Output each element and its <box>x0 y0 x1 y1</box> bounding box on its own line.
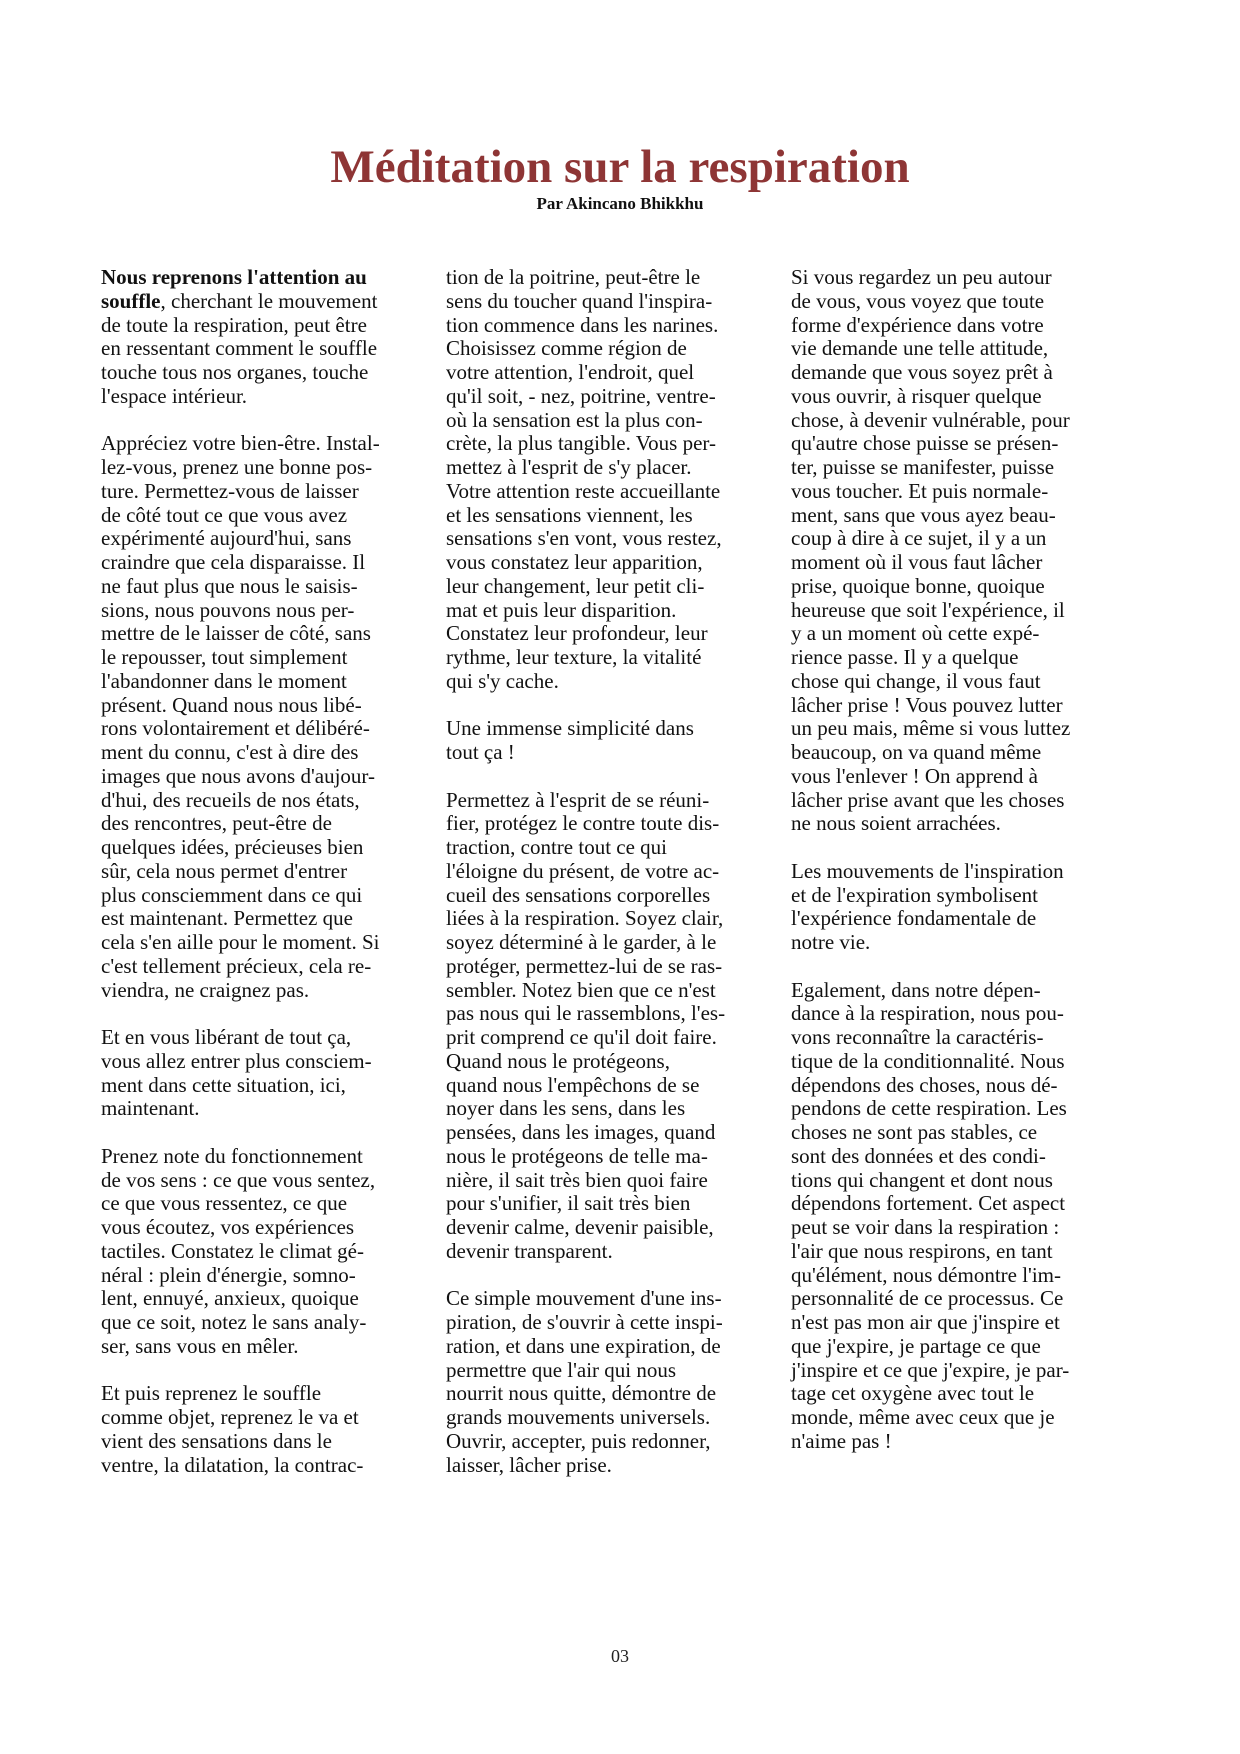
text-line: sions, nous pouvons nous per- <box>101 599 413 623</box>
line-text: nière, il sait très bien quoi faire <box>446 1168 708 1192</box>
line-text: vous écoutez, vos expériences <box>101 1215 354 1239</box>
text-line: Appréciez votre bien-être. Instal- <box>101 432 413 456</box>
line-text: et de l'expiration symbolisent <box>791 883 1038 907</box>
line-text: qu'il soit, - nez, poitrine, ventre- <box>446 384 716 408</box>
line-text: sont des données et des condi- <box>791 1144 1046 1168</box>
bold-lead-text: Nous reprenons l'attention au <box>101 265 367 289</box>
text-line: sens du toucher quand l'inspira- <box>446 290 758 314</box>
line-text: de vous, vous voyez que toute <box>791 289 1044 313</box>
text-line: qu'il soit, - nez, poitrine, ventre- <box>446 385 758 409</box>
text-line: néral : plein d'énergie, somno- <box>101 1264 413 1288</box>
line-text: l'abandonner dans le moment <box>101 669 347 693</box>
text-line: traction, contre tout ce qui <box>446 836 758 860</box>
text-line: Nous reprenons l'attention au <box>101 266 413 290</box>
text-line: souffle, cherchant le mouvement <box>101 290 413 314</box>
line-text: sûr, cela nous permet d'entrer <box>101 859 347 883</box>
text-line: cueil des sensations corporelles <box>446 884 758 908</box>
line-text: tion de la poitrine, peut-être le <box>446 265 700 289</box>
line-text: lâcher prise avant que les choses <box>791 788 1064 812</box>
text-line: Et puis reprenez le souffle <box>101 1382 413 1406</box>
text-line: laisser, lâcher prise. <box>446 1454 758 1478</box>
text-line: Et en vous libérant de tout ça, <box>101 1026 413 1050</box>
text-line: dépendons des choses, nous dé- <box>791 1074 1103 1098</box>
line-text: ser, sans vous en mêler. <box>101 1334 298 1358</box>
line-text: piration, de s'ouvrir à cette inspi- <box>446 1310 723 1334</box>
text-line: et de l'expiration symbolisent <box>791 884 1103 908</box>
line-text: ment dans cette situation, ici, <box>101 1073 346 1097</box>
text-line: sensations s'en vont, vous restez, <box>446 527 758 551</box>
line-text: protéger, permettez-lui de se ras- <box>446 954 722 978</box>
text-line: ser, sans vous en mêler. <box>101 1335 413 1359</box>
line-text: mat et puis leur disparition. <box>446 598 676 622</box>
text-line: piration, de s'ouvrir à cette inspi- <box>446 1311 758 1335</box>
line-text: ventre, la dilatation, la contrac- <box>101 1453 363 1477</box>
line-text: des rencontres, peut-être de <box>101 811 332 835</box>
line-text: Une immense simplicité dans <box>446 716 694 740</box>
text-line: lâcher prise avant que les choses <box>791 789 1103 813</box>
paragraph: Egalement, dans notre dépen-dance à la r… <box>791 979 1103 1454</box>
text-line: monde, même avec ceux que je <box>791 1406 1103 1430</box>
line-text: chose, à devenir vulnérable, pour <box>791 408 1070 432</box>
line-text: pensées, dans les images, quand <box>446 1120 715 1144</box>
text-line: devenir transparent. <box>446 1240 758 1264</box>
text-line: que ce soit, notez le sans analy- <box>101 1311 413 1335</box>
text-line: ment dans cette situation, ici, <box>101 1074 413 1098</box>
line-text: vient des sensations dans le <box>101 1429 332 1453</box>
text-line: et les sensations viennent, les <box>446 504 758 528</box>
text-line: tion commence dans les narines. <box>446 314 758 338</box>
text-line: qu'élément, nous démontre l'im- <box>791 1264 1103 1288</box>
text-line: tique de la conditionnalité. Nous <box>791 1050 1103 1074</box>
line-text: vous allez entrer plus consciem- <box>101 1049 372 1073</box>
line-text: votre attention, l'endroit, quel <box>446 360 694 384</box>
line-text: demande que vous soyez prêt à <box>791 360 1053 384</box>
line-text: Votre attention reste accueillante <box>446 479 720 503</box>
line-text: ne faut plus que nous le saisis- <box>101 574 358 598</box>
line-text: vous l'enlever ! On apprend à <box>791 764 1038 788</box>
text-line: comme objet, reprenez le va et <box>101 1406 413 1430</box>
line-text: choses ne sont pas stables, ce <box>791 1120 1037 1144</box>
text-column-1: Nous reprenons l'attention ausouffle, ch… <box>101 266 413 1501</box>
paragraph: Ce simple mouvement d'une ins-piration, … <box>446 1287 758 1477</box>
bold-lead-text: souffle <box>101 289 161 313</box>
text-line: dance à la respiration, nous pou- <box>791 1002 1103 1026</box>
line-text: présent. Quand nous nous libé- <box>101 693 362 717</box>
line-text: ration, et dans une expiration, de <box>446 1334 721 1358</box>
line-text: expérimenté aujourd'hui, sans <box>101 526 351 550</box>
text-line: ce que vous ressentez, ce que <box>101 1192 413 1216</box>
text-line: mettre de le laisser de côté, sans <box>101 622 413 646</box>
line-text: ment du connu, c'est à dire des <box>101 740 358 764</box>
text-line: votre attention, l'endroit, quel <box>446 361 758 385</box>
line-text: soyez déterminé à le garder, à le <box>446 930 716 954</box>
line-text: Ce simple mouvement d'une ins- <box>446 1286 722 1310</box>
text-line: Quand nous le protégeons, <box>446 1050 758 1074</box>
text-line: pensées, dans les images, quand <box>446 1121 758 1145</box>
line-text: de côté tout ce que vous avez <box>101 503 347 527</box>
text-line: devenir calme, devenir paisible, <box>446 1216 758 1240</box>
text-line: est maintenant. Permettez que <box>101 907 413 931</box>
line-text: de toute la respiration, peut être <box>101 313 367 337</box>
line-text: lâcher prise ! Vous pouvez lutter <box>791 693 1063 717</box>
text-line: Ce simple mouvement d'une ins- <box>446 1287 758 1311</box>
text-line: que j'expire, je partage ce que <box>791 1335 1103 1359</box>
line-text: de vos sens : ce que vous sentez, <box>101 1168 375 1192</box>
text-line: chose, à devenir vulnérable, pour <box>791 409 1103 433</box>
line-text: , cherchant le mouvement <box>161 289 378 313</box>
line-text: quelques idées, précieuses bien <box>101 835 363 859</box>
line-text: vie demande une telle attitude, <box>791 336 1048 360</box>
text-line: fier, protégez le contre toute dis- <box>446 812 758 836</box>
text-line: maintenant. <box>101 1097 413 1121</box>
line-text: qu'élément, nous démontre l'im- <box>791 1263 1061 1287</box>
paragraph: Les mouvements de l'inspirationet de l'e… <box>791 860 1103 955</box>
line-text: liées à la respiration. Soyez clair, <box>446 906 723 930</box>
line-text: j'inspire et ce que j'expire, je par- <box>791 1358 1069 1382</box>
text-line: n'est pas mon air que j'inspire et <box>791 1311 1103 1335</box>
text-line: viendra, ne craignez pas. <box>101 979 413 1003</box>
line-text: en ressentant comment le souffle <box>101 336 377 360</box>
line-text: touche tous nos organes, touche <box>101 360 368 384</box>
text-line: craindre que cela disparaisse. Il <box>101 551 413 575</box>
line-text: y a un moment où cette expé- <box>791 621 1039 645</box>
text-line: prit comprend ce qu'il doit faire. <box>446 1026 758 1050</box>
text-line: personnalité de ce processus. Ce <box>791 1287 1103 1311</box>
text-line: soyez déterminé à le garder, à le <box>446 931 758 955</box>
line-text: devenir transparent. <box>446 1239 613 1263</box>
line-text: Et puis reprenez le souffle <box>101 1381 321 1405</box>
text-line: peut se voir dans la respiration : <box>791 1216 1103 1240</box>
line-text: prise, quoique bonne, quoique <box>791 574 1045 598</box>
line-text: tage cet oxygène avec tout le <box>791 1381 1034 1405</box>
text-line: nous le protégeons de telle ma- <box>446 1145 758 1169</box>
line-text: l'air que nous respirons, en tant <box>791 1239 1053 1263</box>
line-text: où la sensation est la plus con- <box>446 408 703 432</box>
text-line: tions qui changent et dont nous <box>791 1169 1103 1193</box>
text-line: protéger, permettez-lui de se ras- <box>446 955 758 979</box>
line-text: peut se voir dans la respiration : <box>791 1215 1059 1239</box>
line-text: chose qui change, il vous faut <box>791 669 1041 693</box>
line-text: cueil des sensations corporelles <box>446 883 710 907</box>
text-line: nourrit nous quitte, démontre de <box>446 1382 758 1406</box>
line-text: Ouvrir, accepter, puis redonner, <box>446 1429 711 1453</box>
line-text: nourrit nous quitte, démontre de <box>446 1381 716 1405</box>
paragraph: Et en vous libérant de tout ça,vous alle… <box>101 1026 413 1121</box>
line-text: viendra, ne craignez pas. <box>101 978 309 1002</box>
line-text: images que nous avons d'aujour- <box>101 764 375 788</box>
text-line: tage cet oxygène avec tout le <box>791 1382 1103 1406</box>
line-text: sensations s'en vont, vous restez, <box>446 526 722 550</box>
text-line: lent, ennuyé, anxieux, quoique <box>101 1287 413 1311</box>
text-line: dépendons fortement. Cet aspect <box>791 1192 1103 1216</box>
text-line: ment, sans que vous ayez beau- <box>791 504 1103 528</box>
line-text: permettre que l'air qui nous <box>446 1358 676 1382</box>
line-text: Si vous regardez un peu autour <box>791 265 1052 289</box>
line-text: sions, nous pouvons nous per- <box>101 598 354 622</box>
line-text: sembler. Notez bien que ce n'est <box>446 978 716 1002</box>
line-text: Choisissez comme région de <box>446 336 687 360</box>
text-line: rience passe. Il y a quelque <box>791 646 1103 670</box>
text-line: lâcher prise ! Vous pouvez lutter <box>791 694 1103 718</box>
text-line: pour s'unifier, il sait très bien <box>446 1192 758 1216</box>
text-line: tion de la poitrine, peut-être le <box>446 266 758 290</box>
line-text: vous constatez leur apparition, <box>446 550 703 574</box>
line-text: rons volontairement et délibéré- <box>101 716 370 740</box>
line-text: laisser, lâcher prise. <box>446 1453 612 1477</box>
line-text: craindre que cela disparaisse. Il <box>101 550 365 574</box>
text-line: ration, et dans une expiration, de <box>446 1335 758 1359</box>
line-text: tactiles. Constatez le climat gé- <box>101 1239 364 1263</box>
paragraph: Prenez note du fonctionnementde vos sens… <box>101 1145 413 1359</box>
text-line: de côté tout ce que vous avez <box>101 504 413 528</box>
text-line: permettre que l'air qui nous <box>446 1359 758 1383</box>
line-text: sens du toucher quand l'inspira- <box>446 289 712 313</box>
text-line: mettez à l'esprit de s'y placer. <box>446 456 758 480</box>
line-text: Appréciez votre bien-être. Instal- <box>101 431 380 455</box>
text-line: heureuse que soit l'expérience, il <box>791 599 1103 623</box>
page-title: Méditation sur la respiration <box>0 139 1240 195</box>
line-text: Permettez à l'esprit de se réuni- <box>446 788 709 812</box>
text-line: ture. Permettez-vous de laisser <box>101 480 413 504</box>
line-text: forme d'expérience dans votre <box>791 313 1044 337</box>
paragraph: Appréciez votre bien-être. Instal-lez-vo… <box>101 432 413 1002</box>
line-text: que ce soit, notez le sans analy- <box>101 1310 366 1334</box>
line-text: lent, ennuyé, anxieux, quoique <box>101 1286 359 1310</box>
line-text: et les sensations viennent, les <box>446 503 693 527</box>
text-line: l'espace intérieur. <box>101 385 413 409</box>
text-line: lez-vous, prenez une bonne pos- <box>101 456 413 480</box>
text-line: ventre, la dilatation, la contrac- <box>101 1454 413 1478</box>
author-byline: Par Akincano Bhikkhu <box>0 193 1240 215</box>
text-line: sont des données et des condi- <box>791 1145 1103 1169</box>
line-text: comme objet, reprenez le va et <box>101 1405 359 1429</box>
text-line: en ressentant comment le souffle <box>101 337 413 361</box>
line-text: vous toucher. Et puis normale- <box>791 479 1048 503</box>
text-line: Ouvrir, accepter, puis redonner, <box>446 1430 758 1454</box>
line-text: dance à la respiration, nous pou- <box>791 1001 1064 1025</box>
line-text: quand nous l'empêchons de se <box>446 1073 699 1097</box>
text-line: grands mouvements universels. <box>446 1406 758 1430</box>
line-text: nous le protégeons de telle ma- <box>446 1144 708 1168</box>
page-number: 03 <box>0 1645 1240 1667</box>
text-line: cela s'en aille pour le moment. Si <box>101 931 413 955</box>
text-line: d'hui, des recueils de nos états, <box>101 789 413 813</box>
text-line: coup à dire à ce sujet, il y a un <box>791 527 1103 551</box>
line-text: tions qui changent et dont nous <box>791 1168 1053 1192</box>
line-text: Quand nous le protégeons, <box>446 1049 670 1073</box>
line-text: beaucoup, on va quand même <box>791 740 1041 764</box>
line-text: ment, sans que vous ayez beau- <box>791 503 1056 527</box>
line-text: dépendons fortement. Cet aspect <box>791 1191 1065 1215</box>
text-line: plus consciemment dans ce qui <box>101 884 413 908</box>
text-line: sembler. Notez bien que ce n'est <box>446 979 758 1003</box>
text-line: prise, quoique bonne, quoique <box>791 575 1103 599</box>
line-text: Egalement, dans notre dépen- <box>791 978 1041 1002</box>
line-text: tique de la conditionnalité. Nous <box>791 1049 1065 1073</box>
line-text: rythme, leur texture, la vitalité <box>446 645 701 669</box>
text-line: tout ça ! <box>446 741 758 765</box>
text-line: l'air que nous respirons, en tant <box>791 1240 1103 1264</box>
text-line: l'abandonner dans le moment <box>101 670 413 694</box>
paragraph: Permettez à l'esprit de se réuni-fier, p… <box>446 789 758 1264</box>
text-line: de vos sens : ce que vous sentez, <box>101 1169 413 1193</box>
line-text: l'expérience fondamentale de <box>791 906 1036 930</box>
text-line: quelques idées, précieuses bien <box>101 836 413 860</box>
text-line: Choisissez comme région de <box>446 337 758 361</box>
line-text: mettez à l'esprit de s'y placer. <box>446 455 691 479</box>
line-text: pour s'unifier, il sait très bien <box>446 1191 690 1215</box>
line-text: monde, même avec ceux que je <box>791 1405 1055 1429</box>
text-line: qu'autre chose puisse se présen- <box>791 432 1103 456</box>
paragraph: Nous reprenons l'attention ausouffle, ch… <box>101 266 413 409</box>
text-line: quand nous l'empêchons de se <box>446 1074 758 1098</box>
line-text: prit comprend ce qu'il doit faire. <box>446 1025 717 1049</box>
text-line: Constatez leur profondeur, leur <box>446 622 758 646</box>
text-line: notre vie. <box>791 931 1103 955</box>
text-line: vous ouvrir, à risquer quelque <box>791 385 1103 409</box>
text-line: demande que vous soyez prêt à <box>791 361 1103 385</box>
line-text: un peu mais, même si vous luttez <box>791 716 1070 740</box>
text-line: noyer dans les sens, dans les <box>446 1097 758 1121</box>
line-text: d'hui, des recueils de nos états, <box>101 788 360 812</box>
line-text: crète, la plus tangible. Vous per- <box>446 431 716 455</box>
line-text: c'est tellement précieux, cela re- <box>101 954 371 978</box>
text-line: expérimenté aujourd'hui, sans <box>101 527 413 551</box>
line-text: coup à dire à ce sujet, il y a un <box>791 526 1046 550</box>
line-text: pendons de cette respiration. Les <box>791 1096 1067 1120</box>
line-text: ce que vous ressentez, ce que <box>101 1191 347 1215</box>
text-line: vous l'enlever ! On apprend à <box>791 765 1103 789</box>
text-line: nière, il sait très bien quoi faire <box>446 1169 758 1193</box>
text-line: l'expérience fondamentale de <box>791 907 1103 931</box>
line-text: grands mouvements universels. <box>446 1405 710 1429</box>
line-text: Prenez note du fonctionnement <box>101 1144 363 1168</box>
text-line: Permettez à l'esprit de se réuni- <box>446 789 758 813</box>
line-text: néral : plein d'énergie, somno- <box>101 1263 356 1287</box>
line-text: n'aime pas ! <box>791 1429 892 1453</box>
text-line: ne nous soient arrachées. <box>791 812 1103 836</box>
line-text: tion commence dans les narines. <box>446 313 718 337</box>
text-line: de toute la respiration, peut être <box>101 314 413 338</box>
paragraph: Une immense simplicité danstout ça ! <box>446 717 758 765</box>
line-text: que j'expire, je partage ce que <box>791 1334 1041 1358</box>
text-line: le repousser, tout simplement <box>101 646 413 670</box>
line-text: notre vie. <box>791 930 870 954</box>
line-text: personnalité de ce processus. Ce <box>791 1286 1063 1310</box>
text-line: choses ne sont pas stables, ce <box>791 1121 1103 1145</box>
text-line: Une immense simplicité dans <box>446 717 758 741</box>
text-line: un peu mais, même si vous luttez <box>791 717 1103 741</box>
line-text: plus consciemment dans ce qui <box>101 883 362 907</box>
text-line: y a un moment où cette expé- <box>791 622 1103 646</box>
line-text: l'espace intérieur. <box>101 384 247 408</box>
line-text: dépendons des choses, nous dé- <box>791 1073 1058 1097</box>
text-line: mat et puis leur disparition. <box>446 599 758 623</box>
text-line: Si vous regardez un peu autour <box>791 266 1103 290</box>
line-text: mettre de le laisser de côté, sans <box>101 621 371 645</box>
text-line: liées à la respiration. Soyez clair, <box>446 907 758 931</box>
line-text: leur changement, leur petit cli- <box>446 574 704 598</box>
line-text: ter, puisse se manifester, puisse <box>791 455 1054 479</box>
text-line: j'inspire et ce que j'expire, je par- <box>791 1359 1103 1383</box>
text-column-2: tion de la poitrine, peut-être lesens du… <box>446 266 758 1501</box>
text-line: l'éloigne du présent, de votre ac- <box>446 860 758 884</box>
line-text: rience passe. Il y a quelque <box>791 645 1018 669</box>
text-line: c'est tellement précieux, cela re- <box>101 955 413 979</box>
text-line: images que nous avons d'aujour- <box>101 765 413 789</box>
text-line: vient des sensations dans le <box>101 1430 413 1454</box>
line-text: qu'autre chose puisse se présen- <box>791 431 1058 455</box>
text-line: vons reconnaître la caractéris- <box>791 1026 1103 1050</box>
line-text: noyer dans les sens, dans les <box>446 1096 685 1120</box>
line-text: cela s'en aille pour le moment. Si <box>101 930 379 954</box>
line-text: heureuse que soit l'expérience, il <box>791 598 1065 622</box>
text-line: rons volontairement et délibéré- <box>101 717 413 741</box>
text-line: pas nous qui le rassemblons, l'es- <box>446 1002 758 1026</box>
text-line: sûr, cela nous permet d'entrer <box>101 860 413 884</box>
line-text: lez-vous, prenez une bonne pos- <box>101 455 372 479</box>
text-line: vie demande une telle attitude, <box>791 337 1103 361</box>
line-text: n'est pas mon air que j'inspire et <box>791 1310 1060 1334</box>
text-line: ment du connu, c'est à dire des <box>101 741 413 765</box>
text-line: vous écoutez, vos expériences <box>101 1216 413 1240</box>
line-text: moment où il vous faut lâcher <box>791 550 1042 574</box>
text-line: leur changement, leur petit cli- <box>446 575 758 599</box>
text-line: chose qui change, il vous faut <box>791 670 1103 694</box>
line-text: ne nous soient arrachées. <box>791 811 1001 835</box>
line-text: Les mouvements de l'inspiration <box>791 859 1064 883</box>
text-line: Prenez note du fonctionnement <box>101 1145 413 1169</box>
line-text: est maintenant. Permettez que <box>101 906 353 930</box>
text-line: Les mouvements de l'inspiration <box>791 860 1103 884</box>
paragraph: Et puis reprenez le soufflecomme objet, … <box>101 1382 413 1477</box>
text-line: pendons de cette respiration. Les <box>791 1097 1103 1121</box>
line-text: Constatez leur profondeur, leur <box>446 621 708 645</box>
line-text: traction, contre tout ce qui <box>446 835 667 859</box>
line-text: fier, protégez le contre toute dis- <box>446 811 719 835</box>
line-text: ture. Permettez-vous de laisser <box>101 479 359 503</box>
text-line: n'aime pas ! <box>791 1430 1103 1454</box>
text-line: forme d'expérience dans votre <box>791 314 1103 338</box>
text-line: rythme, leur texture, la vitalité <box>446 646 758 670</box>
text-line: de vous, vous voyez que toute <box>791 290 1103 314</box>
line-text: devenir calme, devenir paisible, <box>446 1215 714 1239</box>
text-line: vous toucher. Et puis normale- <box>791 480 1103 504</box>
line-text: vous ouvrir, à risquer quelque <box>791 384 1042 408</box>
text-line: vous constatez leur apparition, <box>446 551 758 575</box>
text-line: moment où il vous faut lâcher <box>791 551 1103 575</box>
text-line: Votre attention reste accueillante <box>446 480 758 504</box>
text-column-3: Si vous regardez un peu autourde vous, v… <box>791 266 1103 1477</box>
line-text: Et en vous libérant de tout ça, <box>101 1025 351 1049</box>
text-line: tactiles. Constatez le climat gé- <box>101 1240 413 1264</box>
line-text: qui s'y cache. <box>446 669 559 693</box>
text-line: Egalement, dans notre dépen- <box>791 979 1103 1003</box>
text-line: crète, la plus tangible. Vous per- <box>446 432 758 456</box>
line-text: l'éloigne du présent, de votre ac- <box>446 859 719 883</box>
text-line: touche tous nos organes, touche <box>101 361 413 385</box>
line-text: maintenant. <box>101 1096 200 1120</box>
text-line: des rencontres, peut-être de <box>101 812 413 836</box>
line-text: tout ça ! <box>446 740 515 764</box>
text-line: ne faut plus que nous le saisis- <box>101 575 413 599</box>
line-text: le repousser, tout simplement <box>101 645 347 669</box>
text-line: ter, puisse se manifester, puisse <box>791 456 1103 480</box>
text-line: présent. Quand nous nous libé- <box>101 694 413 718</box>
line-text: vons reconnaître la caractéris- <box>791 1025 1043 1049</box>
text-line: qui s'y cache. <box>446 670 758 694</box>
text-line: vous allez entrer plus consciem- <box>101 1050 413 1074</box>
